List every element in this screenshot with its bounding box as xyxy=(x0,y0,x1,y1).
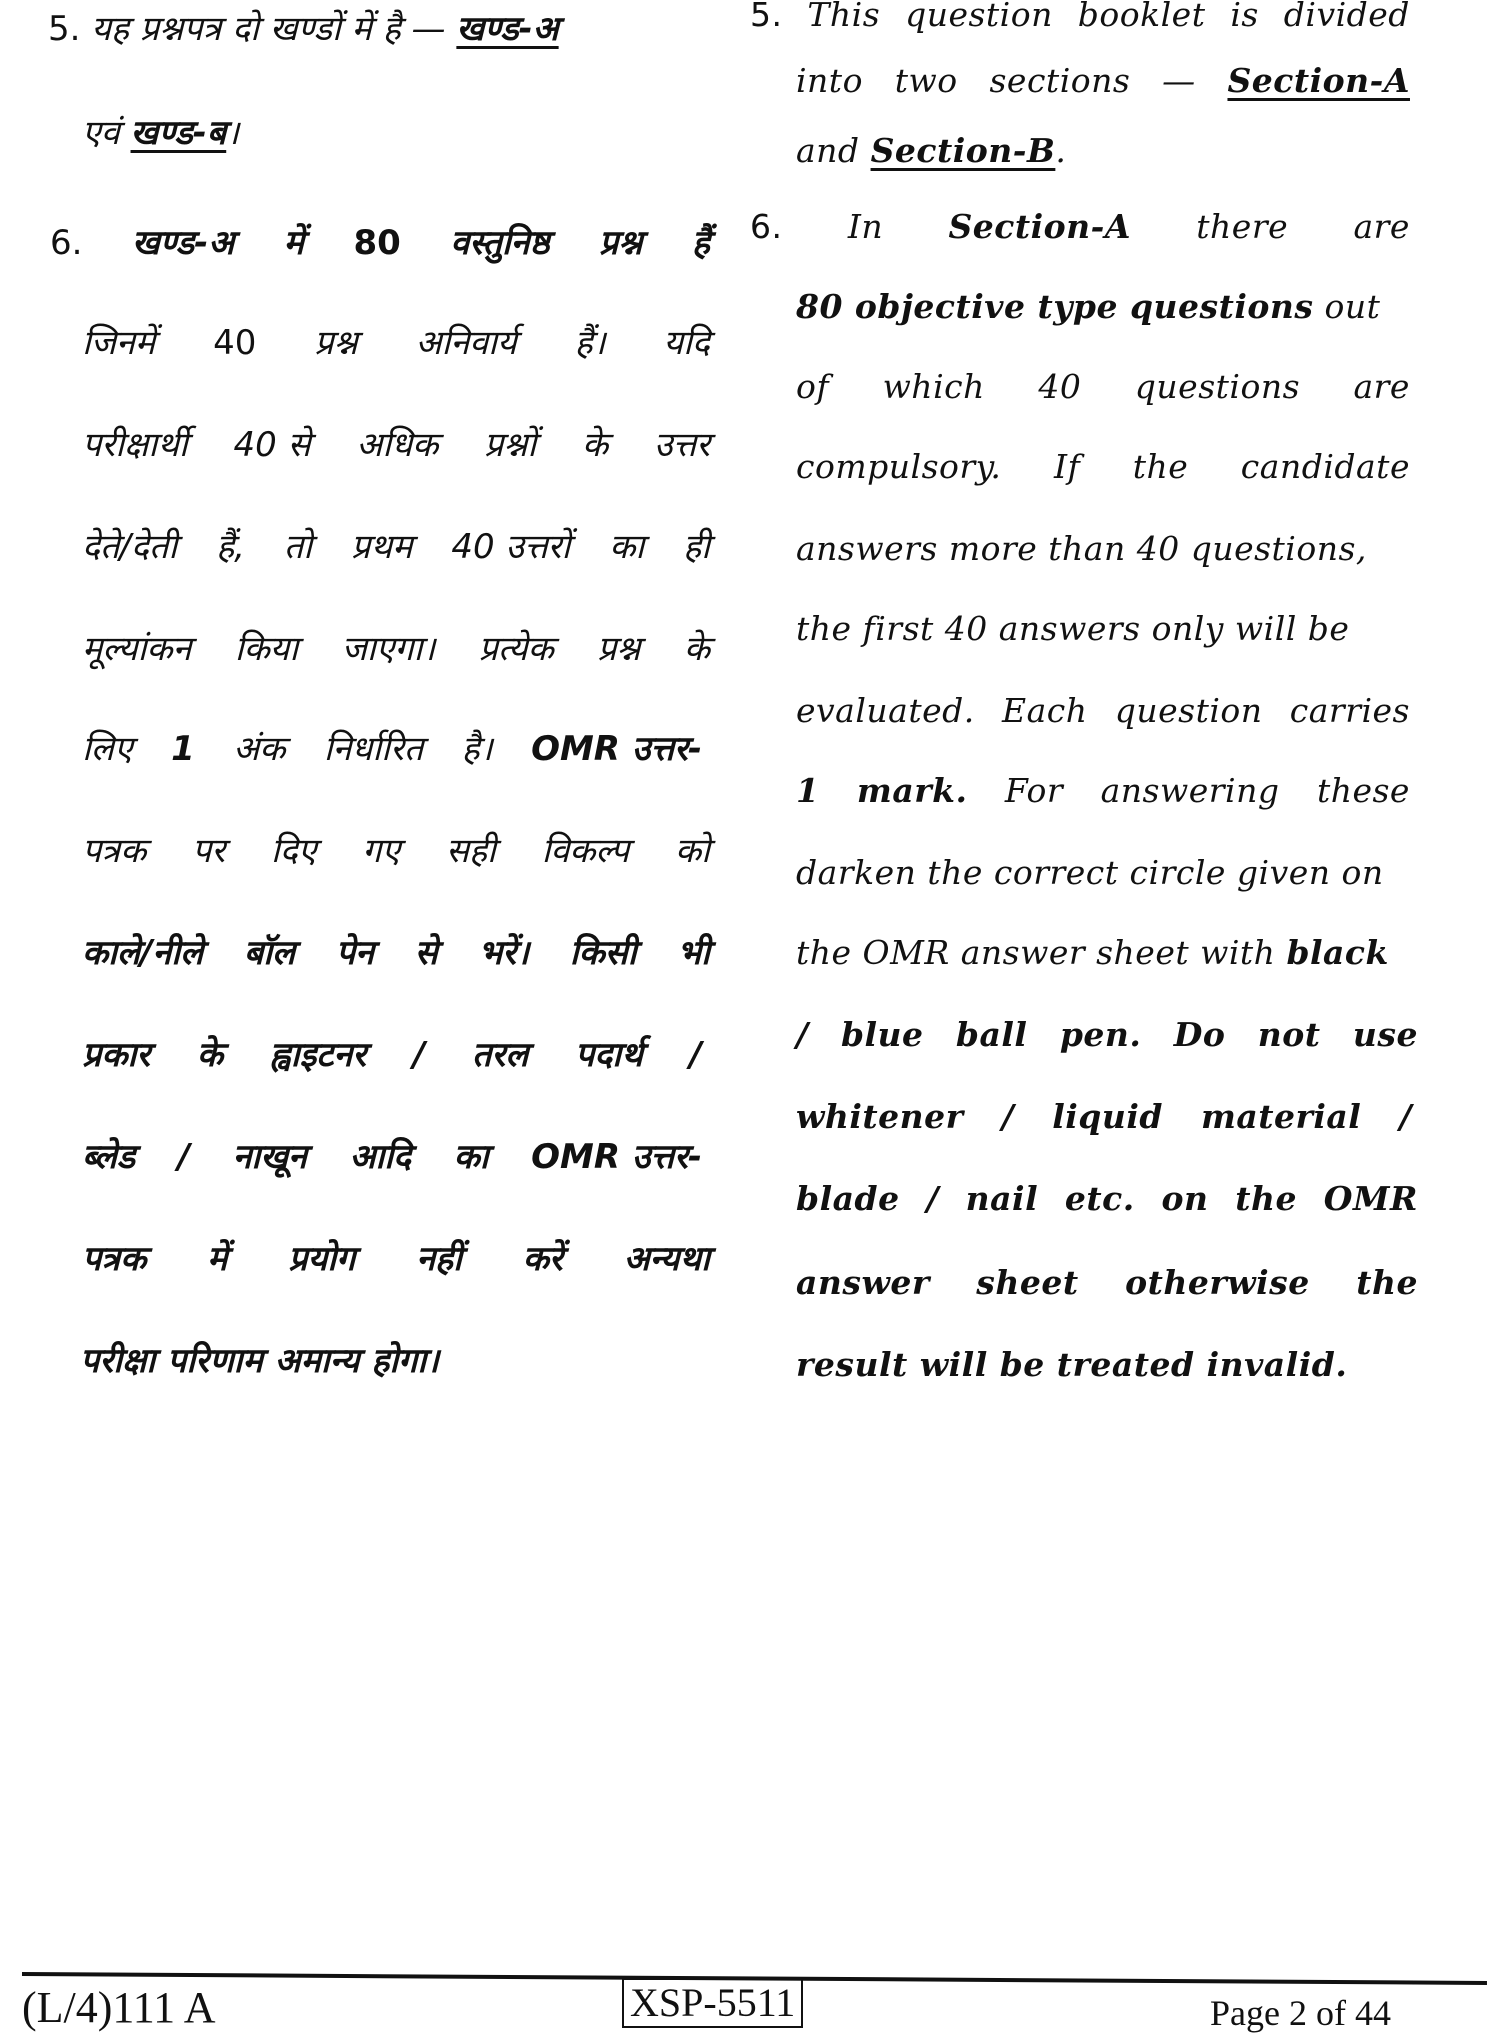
english-word: are xyxy=(1353,206,1409,248)
english-word: evaluated. xyxy=(796,690,975,732)
english-word: black xyxy=(1286,933,1388,972)
hindi-word: निर्धारित xyxy=(324,728,423,770)
english-word: compulsory. xyxy=(796,446,1001,488)
english-word: whitener xyxy=(796,1096,964,1138)
hindi-word: गए xyxy=(362,830,400,872)
hindi-item-6-line-1: 6. खण्ड-अ में 80 वस्तुनिष्ठ प्रश्न हैं xyxy=(50,222,710,264)
english-word: / xyxy=(1399,1096,1412,1138)
english-item-6-line-13: blade / nail etc. on the OMR xyxy=(796,1178,1418,1220)
hindi-item-6-line-7: पत्रक पर दिए गए सही विकल्प को xyxy=(82,830,710,872)
hindi-word: प्रश्नों xyxy=(484,424,536,466)
hindi-word: से xyxy=(415,932,438,974)
hindi-word: अंक xyxy=(233,728,285,770)
hindi-word: नाखून xyxy=(233,1136,307,1178)
english-item-6-line-11: / blue ball pen. Do not use xyxy=(796,1014,1418,1056)
hindi-word: ही xyxy=(683,526,710,568)
english-item-5-line-2: into two sections — Section-A xyxy=(796,60,1410,102)
hindi-word: भरें। xyxy=(478,932,529,974)
english-word: question xyxy=(905,0,1053,36)
english-word: of xyxy=(796,366,829,408)
english-item-6-line-1: 6. In Section-A there are xyxy=(750,206,1410,248)
english-word: the xyxy=(1133,446,1189,488)
section-a-label-hindi: खण्ड-अ xyxy=(456,9,558,49)
hindi-word: 1 xyxy=(171,728,195,770)
english-word: answer xyxy=(796,1262,930,1304)
english-phrase: the OMR answer sheet with xyxy=(796,933,1275,972)
section-a-label: Section-A xyxy=(1227,60,1410,102)
hindi-word: खण्ड-अ xyxy=(132,222,234,264)
english-word: question xyxy=(1115,690,1263,732)
english-item-6-line-14: answer sheet otherwise the xyxy=(796,1262,1418,1304)
english-item-6-line-7: evaluated. Each question carries xyxy=(796,690,1410,732)
english-item-6-line-10: the OMR answer sheet with black xyxy=(796,932,1389,974)
hindi-item-6-line-11: पत्रक में प्रयोग नहीं करें अन्यथा xyxy=(82,1238,710,1280)
hindi-word: प्रश्न xyxy=(597,628,640,670)
english-word: etc. xyxy=(1065,1178,1135,1220)
hindi-item-6-line-12: परीक्षा परिणाम अमान्य होगा। xyxy=(80,1340,439,1382)
english-word: 40 xyxy=(1038,366,1081,408)
hindi-word: है। xyxy=(462,728,493,770)
english-item-6-line-8: 1 mark. For answering these xyxy=(796,770,1410,812)
hindi-word: प्रकार xyxy=(82,1034,150,1076)
english-item-6-line-6: the first 40 answers only will be xyxy=(796,608,1349,650)
english-word: 1 xyxy=(796,770,819,812)
english-word: / xyxy=(1002,1096,1015,1138)
hindi-word: भी xyxy=(677,932,710,974)
hindi-item-5-line-1: 5. यह प्रश्नपत्र दो खण्डों में है — खण्ड… xyxy=(48,8,559,50)
english-word: carries xyxy=(1290,690,1410,732)
hindi-word: जिनमें xyxy=(82,322,155,364)
punctuation: . xyxy=(1055,131,1066,170)
item-number: 6. xyxy=(750,206,783,248)
hindi-text: एवं xyxy=(82,113,120,153)
english-item-5-line-1: 5. This question booklet is divided xyxy=(750,0,1410,36)
english-item-5-line-3: and Section-B. xyxy=(796,130,1066,172)
hindi-word: OMR उत्तर- xyxy=(531,1136,702,1178)
hindi-word: तो xyxy=(284,526,312,568)
english-word: answering xyxy=(1101,770,1280,812)
english-word: Do xyxy=(1174,1014,1226,1056)
english-item-6-line-12: whitener / liquid material / xyxy=(796,1096,1412,1138)
hindi-word: मूल्यांकन xyxy=(82,628,191,670)
hindi-word: 40 से xyxy=(234,424,311,466)
english-item-6-line-3: of which 40 questions are xyxy=(796,366,1410,408)
hindi-word: OMR उत्तर- xyxy=(531,728,702,770)
hindi-text: यह प्रश्नपत्र दो खण्डों में है — xyxy=(91,9,445,49)
hindi-word: 40 xyxy=(213,322,256,364)
hindi-word: हैं, xyxy=(216,526,245,568)
hindi-word: के xyxy=(684,628,710,670)
english-word: — xyxy=(1162,60,1196,102)
english-word: liquid xyxy=(1052,1096,1163,1138)
english-word: Section-A xyxy=(948,206,1131,248)
hindi-word: किया xyxy=(235,628,298,670)
hindi-word: प्रत्येक xyxy=(479,628,554,670)
english-word: material xyxy=(1201,1096,1361,1138)
hindi-word: पदार्थ xyxy=(575,1034,643,1076)
hindi-word: / xyxy=(178,1136,190,1178)
english-item-6-line-15: result will be treated invalid. xyxy=(796,1344,1347,1386)
english-word: the xyxy=(1356,1262,1418,1304)
hindi-word: को xyxy=(675,830,710,872)
english-word: OMR xyxy=(1324,1178,1418,1220)
hindi-word: का xyxy=(609,526,644,568)
hindi-word: बॉल xyxy=(244,932,295,974)
hindi-word: दिए xyxy=(271,830,317,872)
hindi-word: जाएगा। xyxy=(342,628,436,670)
english-word: booklet xyxy=(1078,0,1206,36)
hindi-word: ब्लेड xyxy=(82,1136,135,1178)
english-word: blue xyxy=(841,1014,924,1056)
hindi-item-6-line-5: मूल्यांकन किया जाएगा। प्रत्येक प्रश्न के xyxy=(82,628,710,670)
punctuation: । xyxy=(226,113,239,153)
english-word: these xyxy=(1317,770,1410,812)
hindi-item-6-line-2: जिनमें 40 प्रश्न अनिवार्य हैं। यदि xyxy=(82,322,710,364)
english-word: are xyxy=(1353,366,1409,408)
english-word: into xyxy=(796,60,863,102)
english-word: This xyxy=(807,0,880,36)
hindi-word: हैं xyxy=(692,222,710,264)
hindi-word: काले/नीले xyxy=(82,932,203,974)
english-word: divided xyxy=(1284,0,1410,36)
english-word: not xyxy=(1258,1014,1321,1056)
hindi-word: पत्रक xyxy=(82,830,146,872)
hindi-word: पत्रक xyxy=(82,1238,146,1280)
english-word: candidate xyxy=(1241,446,1410,488)
english-word: and xyxy=(796,131,860,170)
hindi-word: आदि xyxy=(349,1136,411,1178)
hindi-word: तरल xyxy=(472,1034,528,1076)
english-word: on xyxy=(1161,1178,1208,1220)
english-word: In xyxy=(848,206,883,248)
hindi-word: विकल्प xyxy=(542,830,630,872)
english-word: otherwise xyxy=(1125,1262,1310,1304)
english-word: which xyxy=(883,366,985,408)
english-bold-phrase: 80 objective type questions xyxy=(796,287,1313,326)
english-word: the xyxy=(1235,1178,1297,1220)
english-word: sections xyxy=(989,60,1130,102)
hindi-word: पेन xyxy=(336,932,374,974)
english-item-6-line-9: darken the correct circle given on xyxy=(796,852,1384,894)
booklet-code-box: XSP-5511 xyxy=(622,1978,803,2028)
hindi-word: में xyxy=(207,1238,227,1280)
english-word: two xyxy=(895,60,958,102)
english-word: questions xyxy=(1135,366,1300,408)
english-word: sheet xyxy=(976,1262,1078,1304)
english-word: ball xyxy=(956,1014,1028,1056)
hindi-word: किसी xyxy=(570,932,637,974)
hindi-item-6-line-10: ब्लेड / नाखून आदि का OMR उत्तर- xyxy=(82,1136,702,1178)
english-word: is xyxy=(1230,0,1259,36)
hindi-word: के xyxy=(582,424,608,466)
english-word: Each xyxy=(1002,690,1088,732)
hindi-word: / xyxy=(413,1034,425,1076)
hindi-word: अनिवार्य xyxy=(416,322,517,364)
english-item-6-line-4: compulsory. If the candidate xyxy=(796,446,1410,488)
hindi-word: प्रश्न xyxy=(599,222,642,264)
english-word: / xyxy=(926,1178,939,1220)
hindi-word: प्रथम xyxy=(351,526,412,568)
hindi-word: प्रश्न xyxy=(314,322,357,364)
hindi-word: के xyxy=(197,1034,223,1076)
hindi-word: का xyxy=(454,1136,489,1178)
hindi-word: में xyxy=(284,222,304,264)
english-word: / xyxy=(796,1014,809,1056)
hindi-word: अधिक xyxy=(356,424,438,466)
english-item-6-line-2: 80 objective type questions out xyxy=(796,286,1380,328)
hindi-item-6-line-8: काले/नीले बॉल पेन से भरें। किसी भी xyxy=(82,932,710,974)
section-b-label: Section-B xyxy=(871,131,1056,170)
paper-code: (L/4)111 A xyxy=(22,1982,216,2033)
hindi-word: उत्तर xyxy=(654,424,710,466)
english-word: blade xyxy=(796,1178,900,1220)
english-item-6-line-5: answers more than 40 questions, xyxy=(796,528,1367,570)
english-word: mark. xyxy=(857,770,968,812)
english-word: pen. xyxy=(1060,1014,1142,1056)
item-number: 5. xyxy=(750,0,783,36)
hindi-word: लिए xyxy=(82,728,133,770)
hindi-word: परीक्षार्थी xyxy=(82,424,188,466)
english-word: there xyxy=(1196,206,1288,248)
page-number: Page 2 of 44 xyxy=(1210,1992,1391,2034)
hindi-word: करें xyxy=(523,1238,563,1280)
hindi-word: वस्तुनिष्ठ xyxy=(450,222,549,264)
hindi-word: ह्वाइटनर xyxy=(270,1034,367,1076)
hindi-item-6-line-6: लिए 1 अंक निर्धारित है। OMR उत्तर- xyxy=(82,728,702,770)
hindi-word: 80 xyxy=(354,222,401,264)
hindi-word: नहीं xyxy=(416,1238,462,1280)
hindi-item-6-line-3: परीक्षार्थी 40 से अधिक प्रश्नों के उत्तर xyxy=(82,424,710,466)
hindi-word: परीक्षा परिणाम अमान्य होगा। xyxy=(80,1341,439,1381)
hindi-word: पर xyxy=(192,830,225,872)
english-word: out xyxy=(1324,287,1380,326)
hindi-item-5-line-2: एवं खण्ड-ब। xyxy=(82,112,239,154)
hindi-word: देते/देती xyxy=(82,526,177,568)
hindi-word: हैं। xyxy=(575,322,606,364)
hindi-word: सही xyxy=(446,830,496,872)
hindi-item-6-line-4: देते/देती हैं, तो प्रथम 40 उत्तरों का ही xyxy=(82,526,710,568)
hindi-word: यदि xyxy=(663,322,710,364)
hindi-item-6-line-9: प्रकार के ह्वाइटनर / तरल पदार्थ / xyxy=(82,1034,702,1076)
hindi-word: / xyxy=(690,1034,702,1076)
english-word: nail xyxy=(966,1178,1038,1220)
item-number: 6. xyxy=(50,222,82,264)
section-b-label-hindi: खण्ड-ब xyxy=(131,113,227,153)
english-word: use xyxy=(1353,1014,1418,1056)
hindi-word: 40 उत्तरों xyxy=(451,526,570,568)
hindi-word: अन्यथा xyxy=(624,1238,710,1280)
english-word: If xyxy=(1054,446,1080,488)
item-number: 5. xyxy=(48,9,80,49)
hindi-word: प्रयोग xyxy=(288,1238,355,1280)
english-word: For xyxy=(1005,770,1063,812)
